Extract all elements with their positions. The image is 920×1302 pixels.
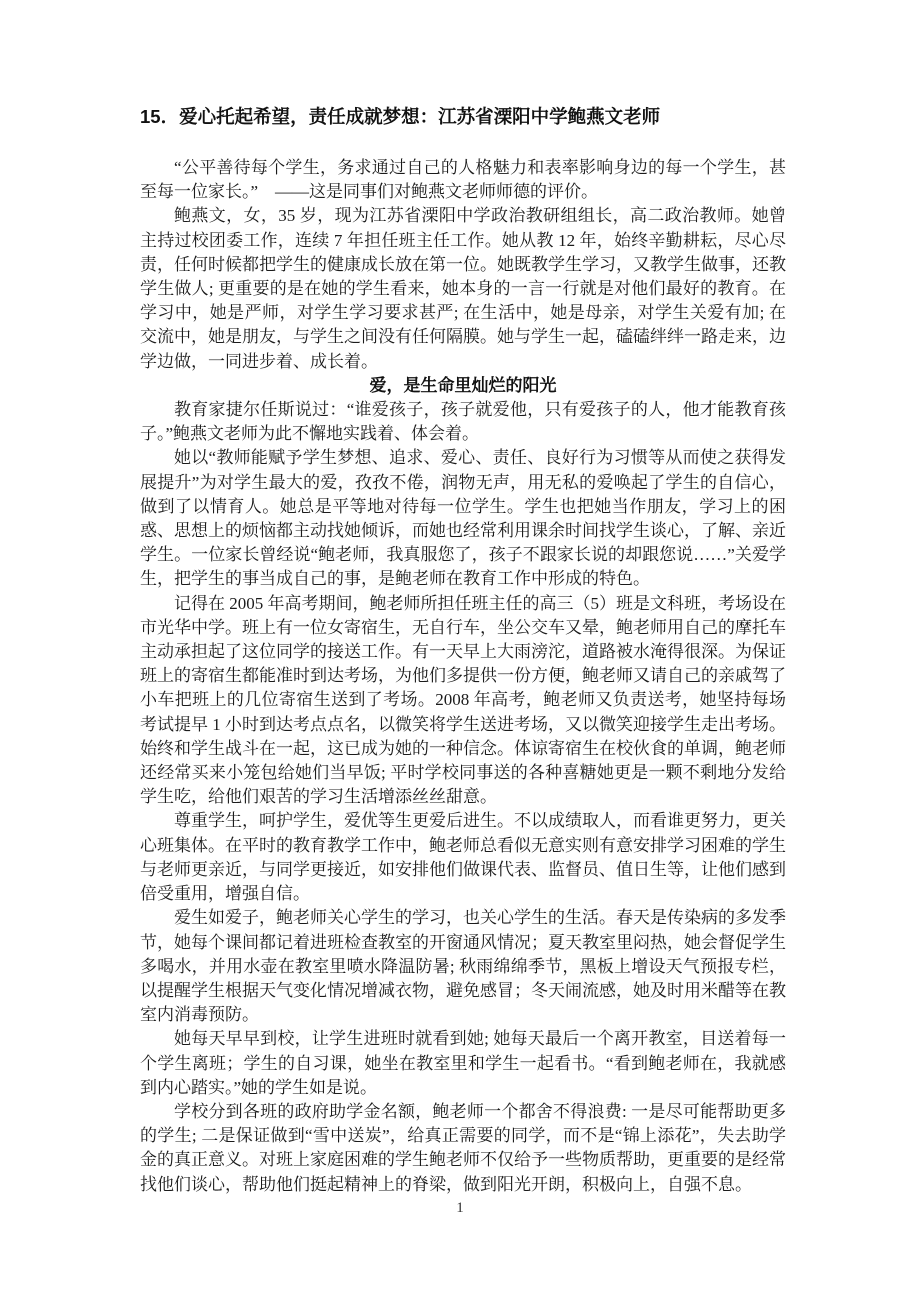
page-number: 1 xyxy=(0,1198,920,1218)
document-title: 15．爱心托起希望，责任成就梦想：江苏省溧阳中学鲍燕文老师 xyxy=(140,104,786,130)
paragraph-love-philosophy: 她以“教师能赋予学生梦想、追求、爱心、责任、良好行为习惯等从而使之获得发展提升”… xyxy=(140,446,786,591)
paragraph-educator-quote: 教育家捷尔任斯说过：“谁爱孩子，孩子就爱他，只有爱孩子的人，他才能教育孩子。”鲍… xyxy=(140,398,786,446)
paragraph-quote-evaluation: “公平善待每个学生，务求通过自己的人格魅力和表率影响身边的每一个学生，甚至每一位… xyxy=(140,156,786,204)
paragraph-daily-routine: 她每天早早到校，让学生进班时就看到她; 她每天最后一个离开教室，目送着每一个学生… xyxy=(140,1027,786,1100)
document-content: 15．爱心托起希望，责任成就梦想：江苏省溧阳中学鲍燕文老师 “公平善待每个学生，… xyxy=(140,104,786,1197)
paragraph-seasonal-care: 爱生如爱子，鲍老师关心学生的学习，也关心学生的生活。春天是传染病的多发季节，她每… xyxy=(140,906,786,1027)
paragraph-gaokao-story: 记得在 2005 年高考期间，鲍老师所担任班主任的高三（5）班是文科班，考场设在… xyxy=(140,592,786,810)
paragraph-introduction: 鲍燕文，女，35 岁，现为江苏省溧阳中学政治教研组组长，高二政治教师。她曾主持过… xyxy=(140,204,786,373)
paragraph-grant-allocation: 学校分到各班的政府助学金名额，鲍老师一个都舍不得浪费: 一是尽可能帮助更多的学生… xyxy=(140,1100,786,1197)
paragraph-respect-students: 尊重学生，呵护学生，爱优等生更爱后进生。不以成绩取人，而看谁更努力，更关心班集体… xyxy=(140,809,786,906)
section-heading-love: 爱，是生命里灿烂的阳光 xyxy=(140,374,786,398)
document-page: 15．爱心托起希望，责任成就梦想：江苏省溧阳中学鲍燕文老师 “公平善待每个学生，… xyxy=(0,0,920,1302)
